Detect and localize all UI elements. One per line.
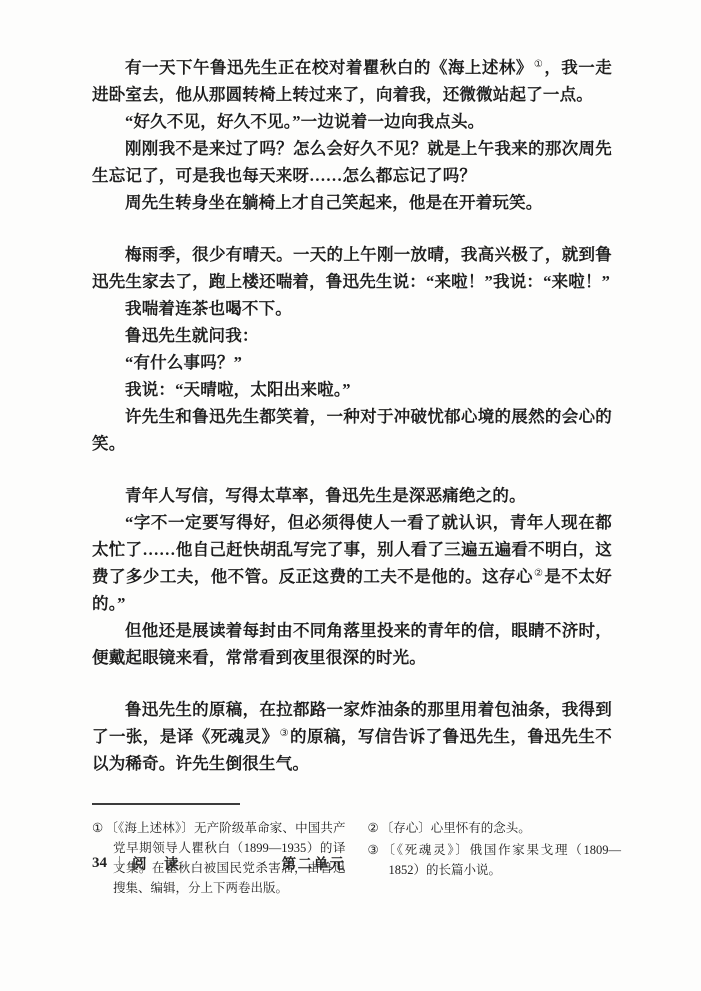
paragraph-text: 青年人写信，写得太草率，鲁迅先生是深恶痛绝之的。	[125, 486, 526, 505]
body-text: 有一天下午鲁迅先生正在校对着瞿秋白的《海上述林》①，我一走进卧室去，他从那圆转椅…	[0, 0, 701, 777]
footer-divider	[119, 856, 120, 871]
paragraph: 青年人写信，写得太草率，鲁迅先生是深恶痛绝之的。	[92, 482, 612, 509]
paragraph-text: 我说：“天晴啦，太阳出来啦。”	[125, 380, 351, 399]
paragraph: 有一天下午鲁迅先生正在校对着瞿秋白的《海上述林》①，我一走进卧室去，他从那圆转椅…	[92, 54, 612, 108]
footnote-ref: ②	[534, 568, 543, 579]
paragraph-text: “有什么事吗？”	[125, 353, 242, 372]
paragraph: 刚刚我不是来过了吗？怎么会好久不见？就是上午我来的那次周先生忘记了，可是我也每天…	[92, 135, 612, 189]
paragraph-text: 梅雨季，很少有晴天。一天的上午刚一放晴，我高兴极了，就到鲁迅先生家去了，跑上楼还…	[92, 245, 612, 291]
paragraph: 但他还是展读着每封由不同角落里投来的青年的信，眼睛不济时，便戴起眼镜来看，常常看…	[92, 617, 612, 671]
paragraph: “字不一定要写得好，但必须得使人一看了就认识，青年人现在都太忙了……他自己赶快胡…	[92, 509, 612, 617]
paragraph: 梅雨季，很少有晴天。一天的上午刚一放晴，我高兴极了，就到鲁迅先生家去了，跑上楼还…	[92, 241, 612, 295]
paragraph-block: 梅雨季，很少有晴天。一天的上午刚一放晴，我高兴极了，就到鲁迅先生家去了，跑上楼还…	[92, 241, 612, 457]
paragraph-text: 有一天下午鲁迅先生正在校对着瞿秋白的《海上述林》	[125, 58, 533, 77]
paragraph: 鲁迅先生就问我：	[92, 322, 612, 349]
textbook-page: 有一天下午鲁迅先生正在校对着瞿秋白的《海上述林》①，我一走进卧室去，他从那圆转椅…	[0, 0, 701, 991]
paragraph-text: 周先生转身坐在躺椅上才自己笑起来，他是在开着玩笑。	[125, 193, 543, 212]
paragraph: “有什么事吗？”	[92, 349, 612, 376]
footnote-marker: ②	[368, 821, 379, 835]
footnote-ref: ①	[534, 59, 543, 70]
page-number: 34	[92, 855, 107, 872]
footnote-item: ②〔存心〕心里怀有的念头。	[368, 818, 622, 838]
paragraph: 我喘着连茶也喝不下。	[92, 295, 612, 322]
footnote-marker: ①	[92, 821, 103, 835]
footnote-ref: ③	[280, 728, 289, 739]
paragraph: 我说：“天晴啦，太阳出来啦。”	[92, 376, 612, 403]
footnote-column: ②〔存心〕心里怀有的念头。③〔《死魂灵》〕俄国作家果戈理（1809—1852）的…	[368, 818, 622, 900]
paragraph-text: 刚刚我不是来过了吗？怎么会好久不见？就是上午我来的那次周先生忘记了，可是我也每天…	[92, 139, 612, 185]
paragraph: “好久不见，好久不见。”一边说着一边向我点头。	[92, 108, 612, 135]
footnote-item: ③〔《死魂灵》〕俄国作家果戈理（1809—1852）的长篇小说。	[368, 840, 622, 880]
paragraph-block: 青年人写信，写得太草率，鲁迅先生是深恶痛绝之的。“字不一定要写得好，但必须得使人…	[92, 482, 612, 671]
paragraph: 许先生和鲁迅先生都笑着，一种对于冲破忧郁心境的展然的会心的笑。	[92, 403, 612, 457]
footnote-text: 〔《死魂灵》〕俄国作家果戈理（1809—1852）的长篇小说。	[382, 843, 621, 877]
footnote-marker: ③	[368, 843, 381, 857]
paragraph-text: 我喘着连茶也喝不下。	[125, 299, 292, 318]
section-label: 阅 读	[132, 853, 186, 874]
paragraph-block: 有一天下午鲁迅先生正在校对着瞿秋白的《海上述林》①，我一走进卧室去，他从那圆转椅…	[92, 54, 612, 216]
page-footer: 34 阅 读 第二单元	[92, 853, 346, 874]
unit-label: 第二单元	[282, 853, 346, 874]
paragraph: 鲁迅先生的原稿，在拉都路一家炸油条的那里用着包油条，我得到了一张，是译《死魂灵》…	[92, 696, 612, 777]
paragraph-text: 但他还是展读着每封由不同角落里投来的青年的信，眼睛不济时，便戴起眼镜来看，常常看…	[92, 621, 612, 667]
footnote-separator	[92, 803, 240, 805]
paragraph-text: 鲁迅先生就问我：	[125, 326, 259, 345]
paragraph: 周先生转身坐在躺椅上才自己笑起来，他是在开着玩笑。	[92, 189, 612, 216]
paragraph-text: 许先生和鲁迅先生都笑着，一种对于冲破忧郁心境的展然的会心的笑。	[92, 407, 612, 453]
paragraph-text: “好久不见，好久不见。”一边说着一边向我点头。	[125, 112, 484, 131]
footnote-text: 〔存心〕心里怀有的念头。	[381, 821, 531, 835]
paragraph-block: 鲁迅先生的原稿，在拉都路一家炸油条的那里用着包油条，我得到了一张，是译《死魂灵》…	[92, 696, 612, 777]
